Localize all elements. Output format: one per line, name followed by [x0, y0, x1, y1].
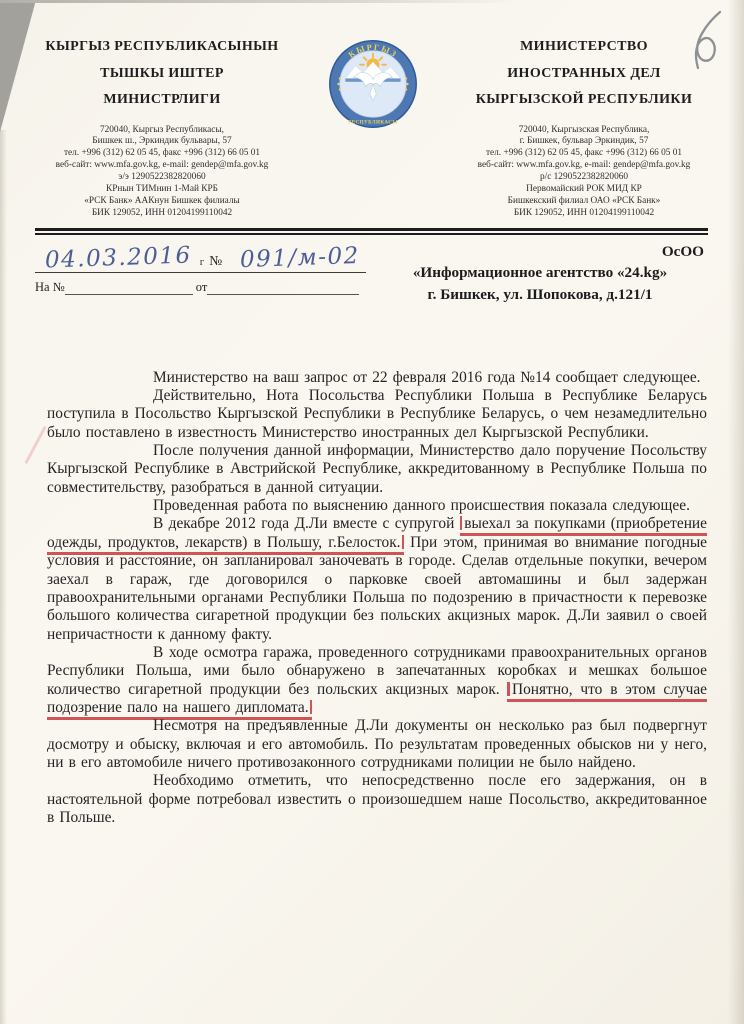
text-segment: Действительно, Нота Посольства Республик…: [47, 387, 707, 441]
number-sign-label: №: [209, 253, 222, 268]
emblem-wrap: КЫРГЫЗ РЕСПУБЛИКАСЫ: [321, 34, 425, 220]
address-line: р/с 1290522382820060: [434, 172, 734, 184]
address-line: Бишкекский филиал ОАО «РСК Банк»: [434, 196, 734, 208]
scanned-letter-page: КЫРГЫЗ РЕСПУБЛИКАСЫНЫНТЫШКЫ ИШТЕРМИНИСТР…: [0, 0, 744, 1024]
address-line: тел. +996 (312) 62 05 45, факс +996 (312…: [434, 148, 734, 160]
address-line: БИК 129052, ИНН 01204199110042: [12, 208, 312, 220]
org-name-line: ТЫШКЫ ИШТЕР: [12, 61, 312, 88]
letterhead-divider: [35, 228, 708, 235]
address-line: «РСК Банк» ААКнун Бишкек филиалы: [12, 196, 312, 208]
scan-right-shadow: [728, 0, 744, 1024]
paragraph: В ходе осмотра гаража, проведенного сотр…: [47, 644, 707, 717]
address-block-russian: 720040, Кыргызская Республика,г. Бишкек,…: [434, 125, 734, 220]
address-block-kyrgyz: 720040, Кыргыз Республикасы,Бишкек ш., Э…: [12, 125, 312, 220]
recipient-line: «Информационное агентство «24.kg»: [370, 262, 710, 284]
date-number-line: 04.03.2016 г № 091/м-02: [35, 245, 366, 273]
pink-smudge-artifact: [24, 426, 46, 464]
address-line: э/э 1290522382820060: [12, 172, 312, 184]
org-name-line: МИНИСТРЛИГИ: [12, 87, 312, 114]
recipient-block: ОсОО«Информационное агентство «24.kg»г. …: [370, 241, 710, 306]
text-segment: Министерство на ваш запрос от 22 февраля…: [153, 369, 701, 386]
reply-from-blank: [207, 281, 359, 295]
handwritten-date: 04.03.2016: [45, 242, 193, 273]
address-line: 720040, Кыргызская Республика,: [434, 125, 734, 137]
paragraph: Проведенная работа по выяснению данного …: [47, 497, 707, 515]
address-line: веб-сайт: www.mfa.gov.kg, e-mail: gendep…: [434, 160, 734, 172]
kyrgyz-state-emblem-icon: КЫРГЫЗ РЕСПУБЛИКАСЫ: [327, 38, 419, 130]
text-segment: После получения данной информации, Минис…: [47, 442, 707, 496]
paragraph: Действительно, Нота Посольства Республик…: [47, 387, 707, 442]
paragraph: После получения данной информации, Минис…: [47, 442, 707, 497]
handwritten-outgoing-number: 091/м-02: [240, 243, 361, 273]
text-segment: В декабре 2012 года Д.Ли вместе с супруг…: [153, 515, 460, 532]
paragraph: В декабре 2012 года Д.Ли вместе с супруг…: [47, 515, 707, 643]
text-segment: Проведенная работа по выяснению данного …: [153, 497, 690, 514]
org-name-line: КЫРГЫЗ РЕСПУБЛИКАСЫНЫН: [12, 34, 312, 61]
paragraph: Несмотря на предъявленные Д.Ли документы…: [47, 717, 707, 772]
letterhead: КЫРГЫЗ РЕСПУБЛИКАСЫНЫНТЫШКЫ ИШТЕРМИНИСТР…: [0, 0, 744, 220]
reply-reference-row: На № от: [35, 280, 385, 295]
text-segment: Необходимо отметить, что непосредственно…: [47, 772, 707, 826]
pen-loop-mark-icon: [684, 8, 730, 74]
reply-from-label: от: [196, 280, 208, 294]
paragraph: Необходимо отметить, что непосредственно…: [47, 772, 707, 827]
divider-thick-line: [35, 228, 708, 231]
svg-text:РЕСПУБЛИКАСЫ: РЕСПУБЛИКАСЫ: [348, 120, 398, 126]
recipient-line: ОсОО: [370, 241, 710, 263]
address-line: БИК 129052, ИНН 01204199110042: [434, 208, 734, 220]
letter-body: Министерство на ваш запрос от 22 февраля…: [47, 369, 707, 828]
scan-top-edge-artifact: [0, 0, 521, 3]
address-line: Первомайский РОК МИД КР: [434, 184, 734, 196]
address-line: КРнын ТИМнин 1-Май КРБ: [12, 184, 312, 196]
recipient-line: г. Бишкек, ул. Шопокова, д.121/1: [370, 284, 710, 306]
org-block-kyrgyz: КЫРГЫЗ РЕСПУБЛИКАСЫНЫНТЫШКЫ ИШТЕРМИНИСТР…: [12, 34, 312, 220]
address-line: 720040, Кыргыз Республикасы,: [12, 125, 312, 137]
address-line: веб-сайт: www.mfa.gov.kg, e-mail: gendep…: [12, 160, 312, 172]
address-line: Бишкек ш., Эркиндик бульвары, 57: [12, 136, 312, 148]
date-number-row: 04.03.2016 г № 091/м-02: [35, 245, 385, 273]
reply-number-label: На №: [35, 280, 65, 294]
paragraph: Министерство на ваш запрос от 22 февраля…: [47, 369, 707, 387]
address-line: тел. +996 (312) 62 05 45, факс +996 (312…: [12, 148, 312, 160]
reply-number-blank: [65, 281, 193, 295]
reference-section: 04.03.2016 г № 091/м-02 На № от ОсОО«Инф…: [0, 235, 744, 335]
year-suffix-label: г: [200, 256, 205, 268]
outgoing-number-block: 04.03.2016 г № 091/м-02 На № от: [35, 245, 385, 295]
text-segment: Несмотря на предъявленные Д.Ли документы…: [47, 717, 707, 771]
org-name-line: КЫРГЫЗСКОЙ РЕСПУБЛИКИ: [434, 87, 734, 114]
address-line: г. Бишкек, бульвар Эркиндик, 57: [434, 136, 734, 148]
org-name-kyrgyz: КЫРГЫЗ РЕСПУБЛИКАСЫНЫНТЫШКЫ ИШТЕРМИНИСТР…: [12, 34, 312, 114]
